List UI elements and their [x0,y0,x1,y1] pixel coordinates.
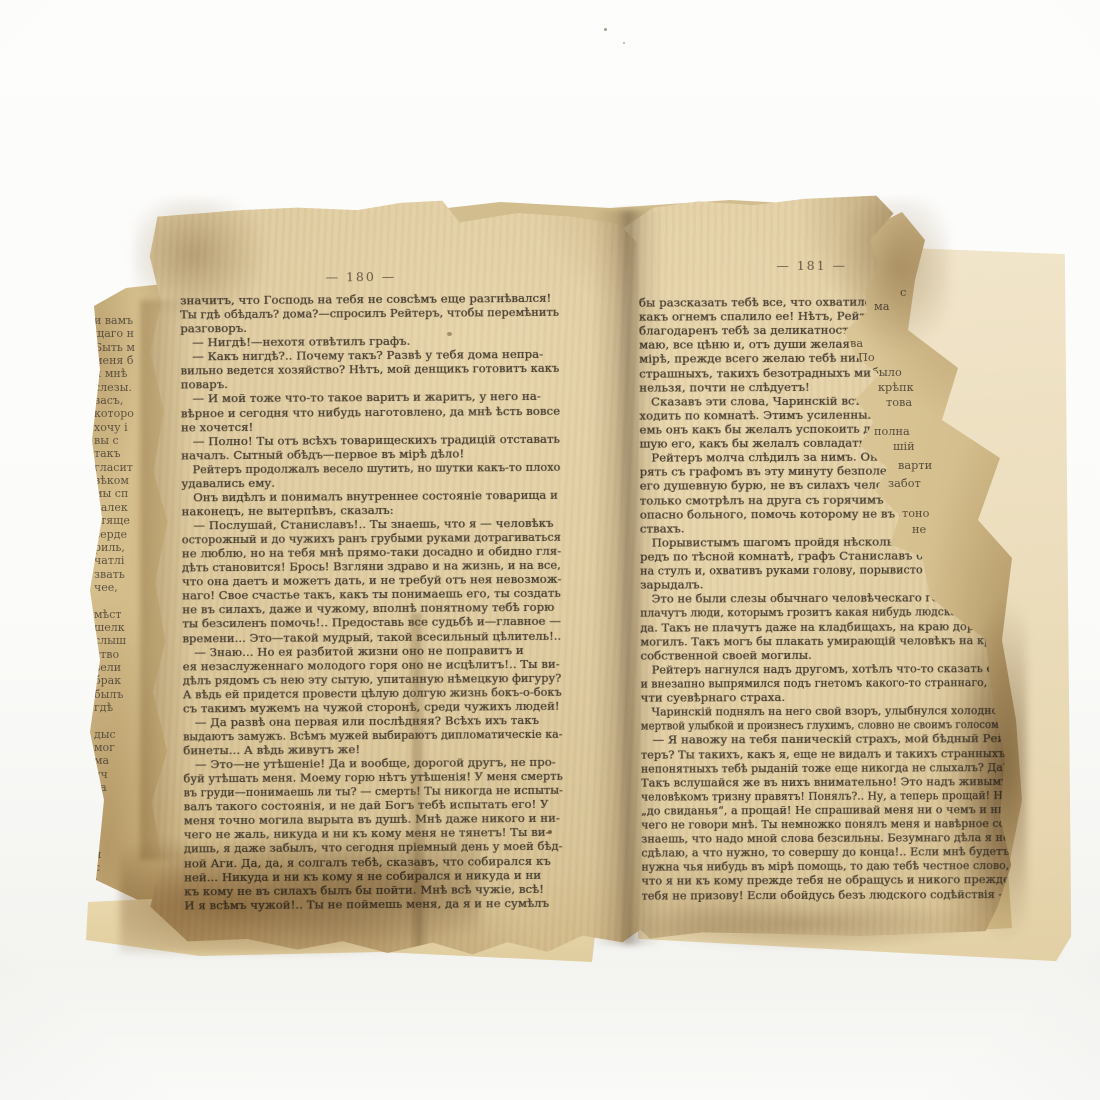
text-line: теръ? Ты такихъ, какъ я, еще не видалъ и… [641,746,997,762]
text-line: мертвой улыбкой и произнесъ глухимъ, сло… [641,718,957,733]
text-line: — Полно! Ты отъ всѣхъ товарищескихъ трад… [181,431,560,448]
text-line: знаешь, что надо мной слова безсильны. Б… [641,830,991,846]
text-line: времени... Это—такой мудрый, такой всеси… [182,628,556,645]
text-line: да. Такъ не плачутъ даже на кладбищахъ, … [640,619,998,635]
text-fragment: уч [94,768,150,781]
text-fragment: шелк [94,621,150,634]
text-fragment: хочу і [94,421,150,434]
text-fragment: серде [94,528,150,541]
text-fragment: това [886,396,912,409]
text-line: что я ни къ кому прежде тебя не обращусь… [641,873,998,889]
text-line: нужна чья нибудь въ мірѣ помощь, то даю … [641,859,987,875]
text-line: что она даетъ и можетъ дать, и не требуй… [182,572,559,589]
text-fragment: са [94,781,150,794]
text-fragment: и мнѣ [94,367,150,380]
text-fragment: варти [898,459,932,472]
photo-of-open-book: и вамъщаго нБыть мменя би мнѣслезы.васъ,… [0,0,1100,1100]
text-fragment: і [94,874,150,887]
text-fragment: ма [94,754,150,767]
text-fragment: полна [874,425,910,438]
paper-blemish [447,332,452,336]
text-fragment: н [94,848,150,861]
page-180-text: значитъ, что Господь на тебя не совсѣмъ … [180,291,563,912]
text-fragment: слыш [94,634,150,647]
text-fragment: слезы. [94,381,150,394]
text-fragment: брак [94,674,150,687]
text-fragment: такъ [94,447,150,460]
text-fragment: щаго н [94,327,150,340]
dust-speck [604,28,607,31]
text-line: непонятныхъ тебѣ рыданій тоже еще никогд… [641,760,985,776]
text-fragment: мы сп [94,487,150,500]
text-fragment: риль, [94,541,150,554]
text-line: выдаютъ замужъ. Всѣмъ мужей выбираютъ ди… [183,727,539,744]
ink-dot [548,830,552,834]
text-fragment: д [94,821,150,834]
text-fragment: гласит [94,461,150,474]
text-fragment [94,714,150,727]
text-fragment: не [912,523,926,536]
text-line: чего не говори мнѣ. Ты немножко понялъ м… [641,816,987,832]
text-fragment [94,594,150,607]
text-line: дишь, я даже забылъ, что сегодня пріемны… [184,839,557,856]
text-line: въ груди—понимаешь ли ты? — смерть! Ты н… [183,783,545,800]
page-crease [407,613,427,958]
book-page-180: — 180 — значитъ, что Господь на тебя не … [122,191,647,970]
under-page-text-fragments: и вамъщаго нБыть мменя би мнѣслезы.васъ,… [94,314,150,888]
text-fragment: стяще [94,514,150,527]
book-gutter-shadow [592,210,662,945]
text-line: „до свиданья“, а прощай! Не спрашивай ме… [641,802,990,818]
text-fragment: которо [94,407,150,420]
text-fragment: мѣст [94,608,150,621]
text-line: И я всѣмъ чужой!.. Ты не поймешь меня, д… [184,895,563,912]
text-line: тебя не призову! Если обойдусь безъ людс… [641,887,997,903]
text-fragment: и вамъ [94,314,150,327]
text-fragment: чатлі [94,554,150,567]
text-fragment: вы с [94,434,150,447]
text-fragment [94,794,150,807]
page-number-180: — 180 — [296,269,426,285]
text-fragment: с [94,808,150,821]
text-line: плачутъ люди, которымъ грозитъ какая ниб… [640,605,977,621]
text-fragment: Быть м [94,341,150,354]
text-line: могилъ. Такъ могъ бы плакать умирающій ч… [640,633,996,649]
text-line: сдѣлаю, а что нужно, то совершу до конца… [641,844,992,860]
text-fragment: ство [94,648,150,661]
text-fragment: былъ [94,688,150,701]
text-line: Онъ видѣлъ и понималъ внутреннее состоян… [181,488,560,505]
text-line: А вѣдь ей придется провести цѣлую долгую… [183,685,549,702]
text-fragment: с [900,286,906,299]
text-line: вѣрное и сегодня что нибудь наготовлено,… [181,403,560,420]
text-line: Ты гдѣ обѣдалъ? дома?—спросилъ Рейтеръ, … [180,305,547,322]
text-fragment: тоно [902,507,929,520]
text-fragment: вели [94,661,150,674]
text-line: и внезапно выпрямился подъ гнетомъ каког… [640,675,982,691]
text-fragment: васъ, [94,394,150,407]
text-fragment: звать [94,568,150,581]
text-fragment: меня б [94,354,150,367]
text-line: Такъ вслушайся же въ нихъ внимательно! Э… [641,774,999,790]
text-fragment: крѣпк [878,381,914,394]
text-fragment: т [94,834,150,847]
text-fragment: с [94,861,150,874]
text-line: осторожный и до чужихъ ранъ грубыми рука… [182,530,548,547]
text-fragment: далек [94,501,150,514]
text-line: Рейтеръ продолжалъ весело шутить, но шут… [181,460,546,477]
text-fragment: дыс [94,728,150,741]
text-line: Рейтеръ нагнулся надъ другомъ, хотѣлъ чт… [640,661,994,677]
text-fragment: мог [94,741,150,754]
text-line: человѣкомъ тризну правятъ! Понялъ?.. Ну,… [641,788,976,804]
dust-speck [623,42,625,44]
text-fragment: забот [888,477,921,490]
text-line: вильно ведется хозяйство? Нѣтъ, мой денщ… [180,361,552,378]
text-fragment: чее, [94,581,150,594]
text-line: Чаринскій поднялъ на него свой взоръ, ул… [641,703,985,719]
text-fragment: гдѣ [94,701,150,714]
page-number-181: — 181 — [752,258,872,274]
text-fragment: ма [874,300,890,313]
text-fragment: шій [893,440,915,453]
text-fragment: вѣком [94,474,150,487]
